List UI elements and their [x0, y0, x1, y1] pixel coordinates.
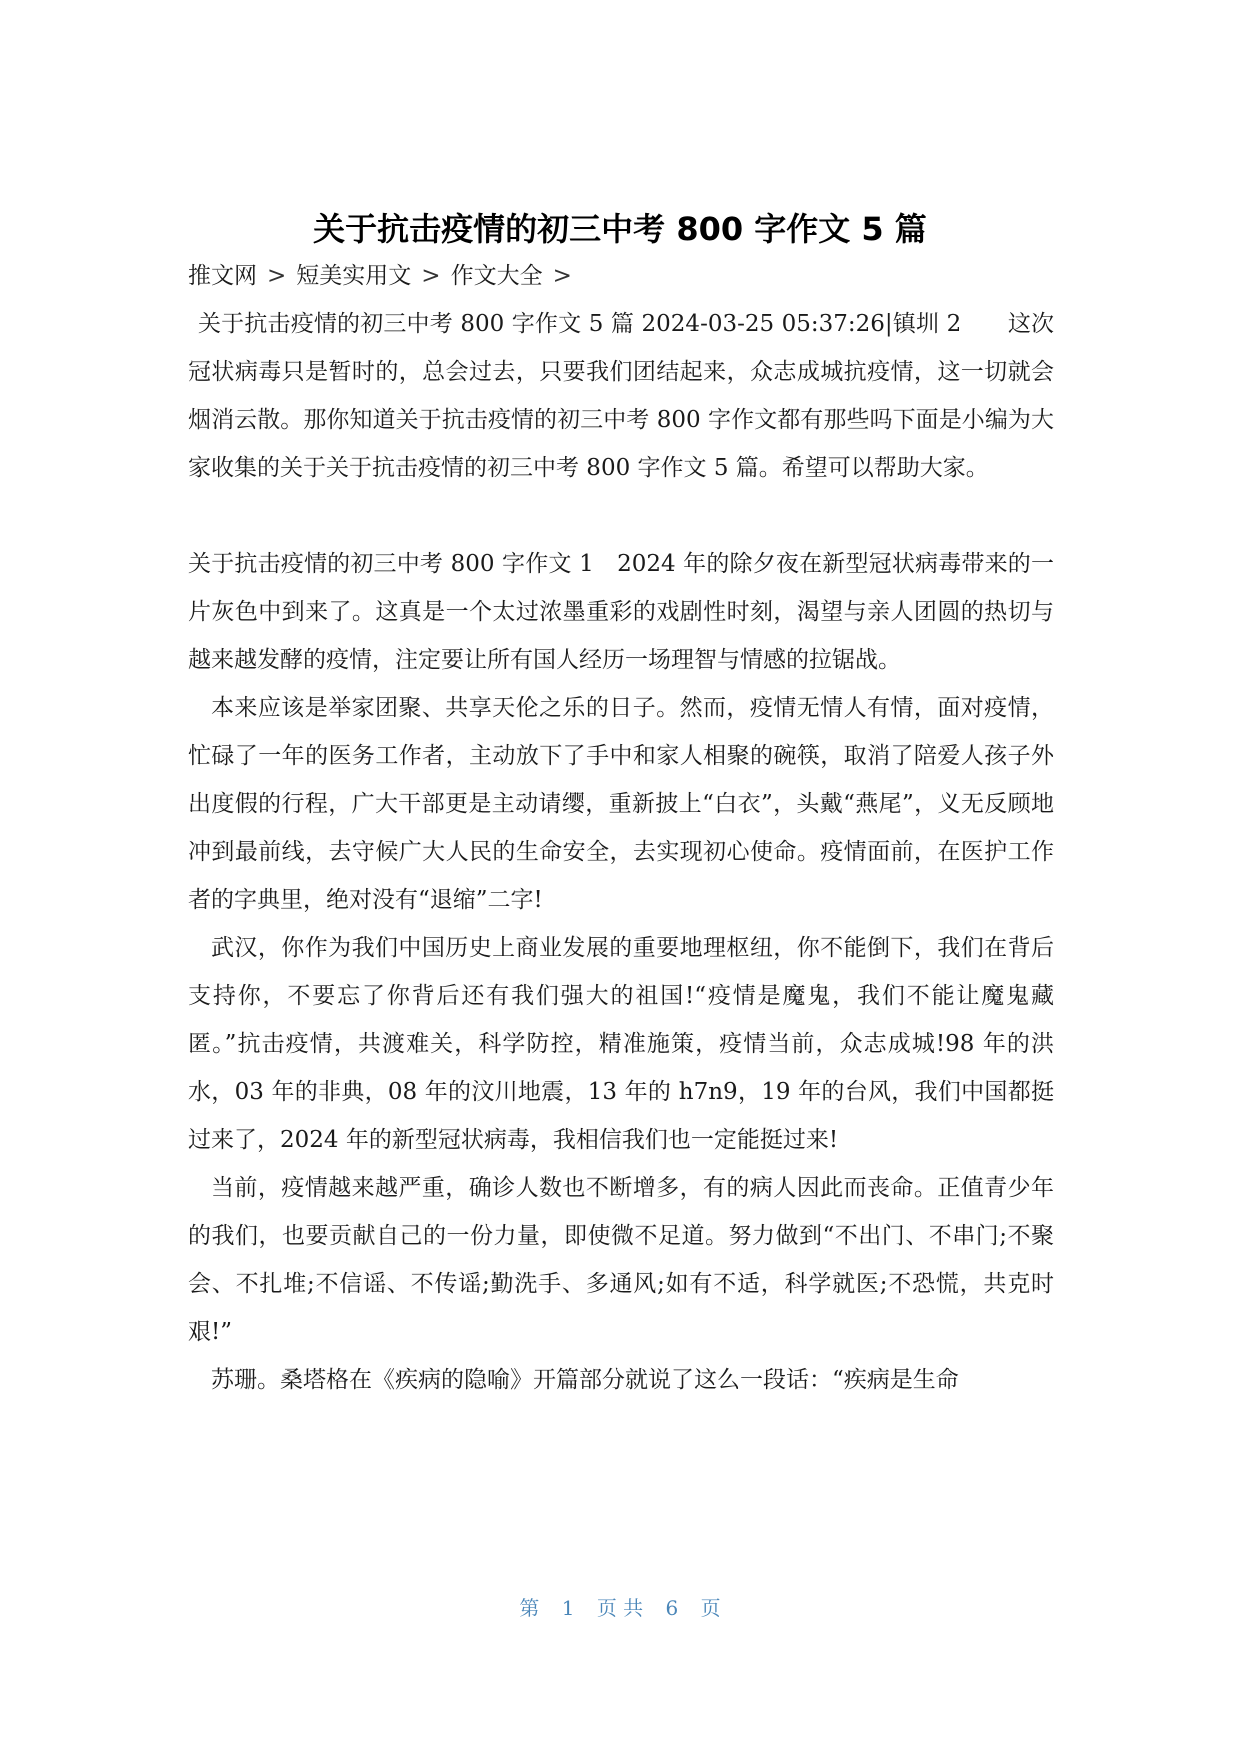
intro-paragraph: 关于抗击疫情的初三中考 800 字作文 5 篇 2024-03-25 05:37…: [188, 300, 1054, 492]
total-pages-number: 6: [666, 1596, 679, 1620]
page-label-middle: 页 共: [597, 1596, 643, 1620]
page-label-prefix: 第: [519, 1596, 539, 1620]
essay-paragraph: 关于抗击疫情的初三中考 800 字作文 1 2024 年的除夕夜在新型冠状病毒带…: [188, 540, 1054, 684]
essay-paragraph: 当前，疫情越来越严重，确诊人数也不断增多，有的病人因此而丧命。正值青少年的我们，…: [188, 1164, 1054, 1356]
essay-paragraph: 武汉，你作为我们中国历史上商业发展的重要地理枢纽，你不能倒下，我们在背后支持你，…: [188, 924, 1054, 1164]
document-title: 关于抗击疫情的初三中考 800 字作文 5 篇: [0, 207, 1240, 251]
breadcrumb-item-category[interactable]: 短美实用文: [296, 252, 411, 300]
breadcrumb-item-subcategory[interactable]: 作文大全: [451, 252, 543, 300]
breadcrumb-separator: >: [553, 252, 572, 300]
breadcrumb-separator: >: [267, 252, 286, 300]
document-body: 推文网 > 短美实用文 > 作文大全 > 关于抗击疫情的初三中考 800 字作文…: [188, 252, 1054, 1404]
breadcrumb: 推文网 > 短美实用文 > 作文大全 >: [188, 252, 1054, 300]
breadcrumb-item-home[interactable]: 推文网: [188, 252, 257, 300]
breadcrumb-separator: >: [421, 252, 440, 300]
essay-paragraph: 苏珊。桑塔格在《疾病的隐喻》开篇部分就说了这么一段话：“疾病是生命: [188, 1356, 1054, 1404]
essay-paragraph: 本来应该是举家团聚、共享天伦之乐的日子。然而，疫情无情人有情，面对疫情，忙碌了一…: [188, 684, 1054, 924]
current-page-number: 1: [562, 1596, 575, 1620]
page-label-suffix: 页: [701, 1596, 721, 1620]
page-footer: 第 1 页 共 6 页: [0, 1592, 1240, 1621]
document-page: 关于抗击疫情的初三中考 800 字作文 5 篇 推文网 > 短美实用文 > 作文…: [0, 0, 1240, 1753]
section-spacer: [188, 492, 1054, 540]
